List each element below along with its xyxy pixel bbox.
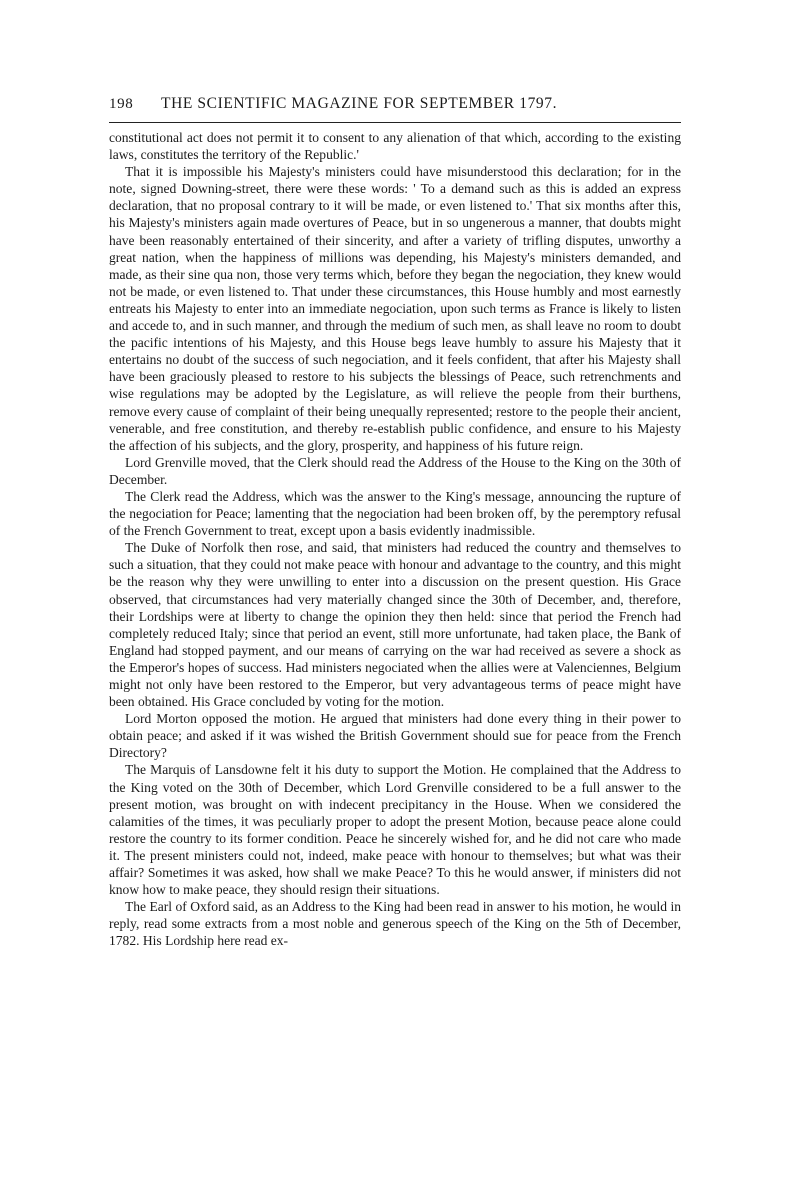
running-header: 198 THE SCIENTIFIC MAGAZINE FOR SEPTEMBE… xyxy=(109,95,681,123)
article-body: constitutional act does not permit it to… xyxy=(109,129,681,950)
paragraph-clerk: The Clerk read the Address, which was th… xyxy=(109,488,681,539)
magazine-page: 198 THE SCIENTIFIC MAGAZINE FOR SEPTEMBE… xyxy=(109,95,681,950)
paragraph-norfolk: The Duke of Norfolk then rose, and said,… xyxy=(109,539,681,710)
paragraph-declaration: That it is impossible his Majesty's mini… xyxy=(109,163,681,454)
paragraph-continuation: constitutional act does not permit it to… xyxy=(109,129,681,163)
paragraph-grenville: Lord Grenville moved, that the Clerk sho… xyxy=(109,454,681,488)
paragraph-oxford: The Earl of Oxford said, as an Address t… xyxy=(109,898,681,949)
paragraph-morton: Lord Morton opposed the motion. He argue… xyxy=(109,710,681,761)
page-number: 198 xyxy=(109,96,161,113)
paragraph-lansdowne: The Marquis of Lansdowne felt it his dut… xyxy=(109,761,681,898)
running-title: THE SCIENTIFIC MAGAZINE FOR SEPTEMBER 17… xyxy=(161,95,681,113)
